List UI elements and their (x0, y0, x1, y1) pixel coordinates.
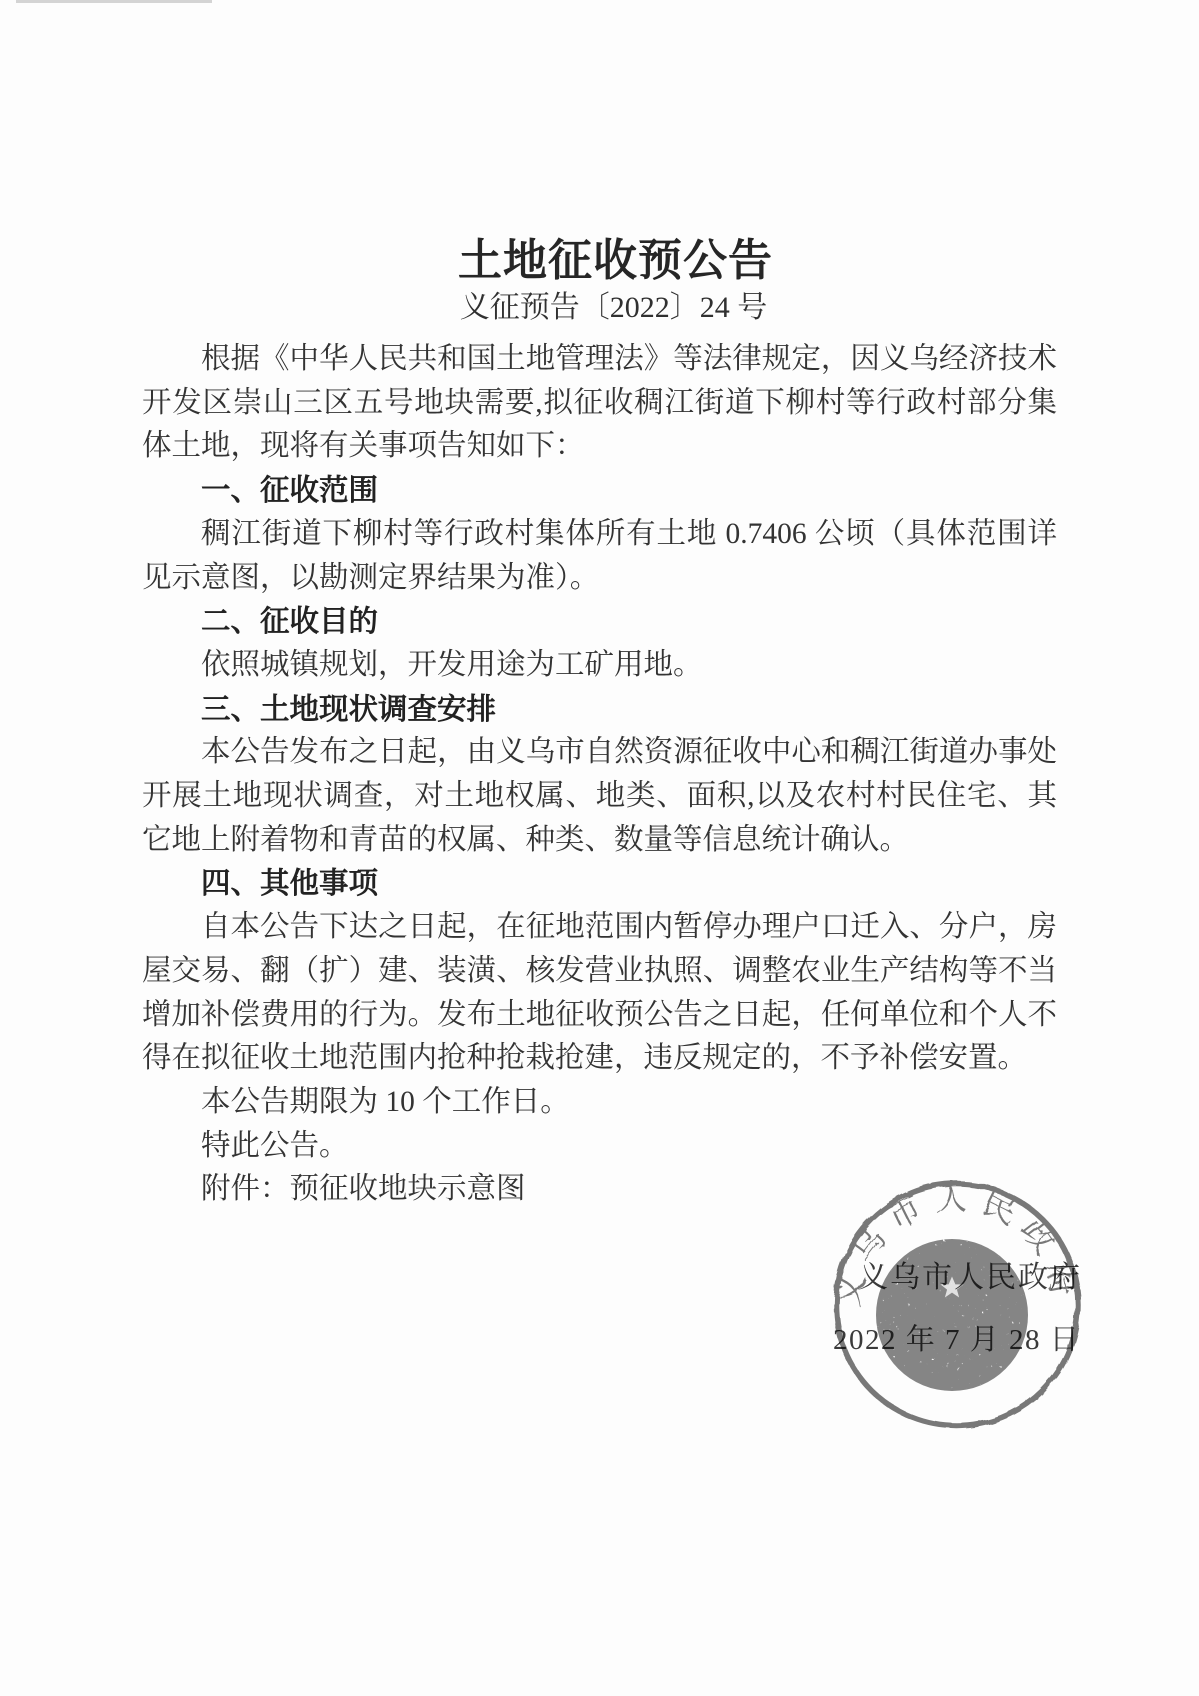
announcement-page: 土地征收预公告 义征预告〔2022〕24 号 根据《中华人民共和国土地管理法》等… (0, 0, 1199, 1696)
section-heading: 四、其他事项 (142, 862, 1057, 906)
scan-edge-artifact (16, 0, 212, 3)
body-paragraph: 特此公告。 (142, 1125, 1057, 1169)
doc-number: 义征预告〔2022〕24 号 (14, 288, 1199, 328)
section-heading: 三、土地现状调查安排 (142, 688, 1057, 732)
body-paragraph: 本公告发布之日起，由义乌市自然资源征收中心和稠江街道办事处开展土地现状调查，对土… (142, 731, 1057, 862)
section-heading: 一、征收范围 (142, 469, 1057, 513)
body-paragraph: 依照城镇规划，开发用途为工矿用地。 (142, 644, 1057, 688)
body-paragraph: 本公告期限为 10 个工作日。 (142, 1081, 1057, 1125)
national-emblem-icon (876, 1239, 1028, 1391)
body-paragraph: 自本公告下达之日起，在征地范围内暂停办理户口迁入、分户，房屋交易、翻（扩）建、装… (142, 906, 1057, 1081)
official-seal: 义乌市人民政府 (825, 1172, 1085, 1438)
page-title: 土地征收预公告 (16, 235, 1199, 287)
section-heading: 二、征收目的 (142, 600, 1057, 644)
body-paragraph: 根据《中华人民共和国土地管理法》等法律规定，因义乌经济技术开发区崇山三区五号地块… (142, 338, 1057, 469)
document-body: 根据《中华人民共和国土地管理法》等法律规定，因义乌经济技术开发区崇山三区五号地块… (142, 338, 1057, 1212)
body-paragraph: 稠江街道下柳村等行政村集体所有土地 0.7406 公顷（具体范围详见示意图，以勘… (142, 513, 1057, 600)
